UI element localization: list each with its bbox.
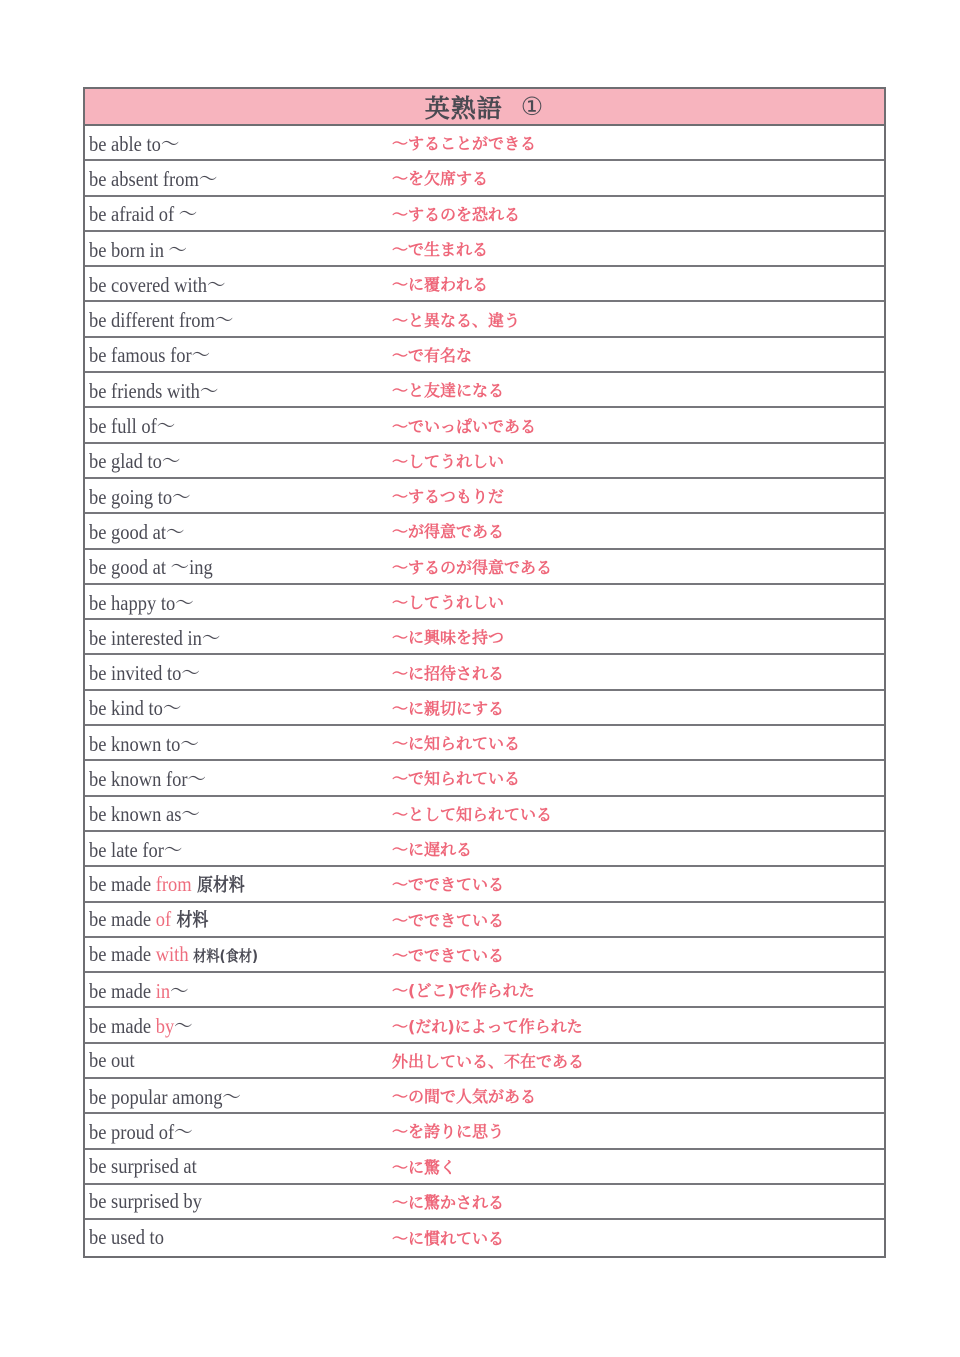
english-phrase: be popular among〜 [89,1081,241,1111]
english-phrase: be late for〜 [89,834,182,864]
phrase-base: be made [89,872,156,896]
preposition-highlight: in [156,979,170,1003]
table-row: be out外出している、不在である [85,1044,884,1079]
table-row: be born in 〜〜で生まれる [85,232,884,267]
english-phrase: be going to〜 [89,481,191,511]
table-row: be good at〜〜が得意である [85,514,884,549]
japanese-meaning: 〜を誇りに思う [392,1119,504,1142]
english-phrase: be different from〜 [89,304,233,334]
japanese-meaning: 〜に興味を持つ [392,625,504,648]
japanese-meaning: 〜(だれ)によって作られた [392,1014,583,1037]
english-phrase: be invited to〜 [89,657,200,687]
japanese-meaning: 〜と異なる、違う [392,308,520,331]
english-phrase: be good at〜 [89,516,184,546]
preposition-highlight: from [156,872,192,896]
table-row: be covered with〜〜に覆われる [85,267,884,302]
table-title: 英熟語 ① [85,89,884,126]
table-row: be full of〜〜でいっぱいである [85,408,884,443]
phrase-base: be made [89,1014,156,1038]
japanese-meaning: 〜の間で人気がある [392,1084,536,1107]
japanese-meaning: 〜に驚く [392,1155,456,1178]
table-row: be glad to〜〜してうれしい [85,444,884,479]
japanese-meaning: 〜してうれしい [392,590,504,613]
english-phrase: be happy to〜 [89,587,194,617]
japanese-meaning: 〜で有名な [392,343,472,366]
table-row: be late for〜〜に遅れる [85,832,884,867]
japanese-meaning: 〜するのを恐れる [392,202,520,225]
japanese-meaning: 〜に親切にする [392,696,504,719]
table-row: be made from 原材料〜でできている [85,867,884,902]
title-text: 英熟語 [425,89,503,125]
table-row: be different from〜〜と異なる、違う [85,302,884,337]
table-row: be kind to〜〜に親切にする [85,691,884,726]
english-phrase: be good at 〜ing [89,551,213,581]
table-row: be known for〜〜で知られている [85,761,884,796]
english-phrase: be surprised at [89,1154,197,1179]
english-phrase: be full of〜 [89,410,175,440]
preposition-highlight: of [156,907,171,931]
table-row: be known as〜〜として知られている [85,797,884,832]
english-phrase: be made from 原材料 [89,871,245,897]
japanese-meaning: 〜でできている [392,908,504,931]
english-phrase: be able to〜 [89,128,179,158]
table-row: be made with 材料(食材)〜でできている [85,938,884,973]
english-phrase: be made in〜 [89,975,189,1005]
phrase-tail: 〜 [174,1014,192,1038]
english-phrase: be born in 〜 [89,234,187,264]
japanese-meaning: 〜するつもりだ [392,484,504,507]
table-row: be absent from〜 〜を欠席する [85,161,884,196]
table-row: be popular among〜〜の間で人気がある [85,1079,884,1114]
japanese-meaning: 〜してうれしい [392,449,504,472]
japanese-meaning: 〜で知られている [392,766,520,789]
table-row: be going to〜〜するつもりだ [85,479,884,514]
table-row: be interested in〜〜に興味を持つ [85,620,884,655]
english-phrase: be made of 材料 [89,906,208,932]
table-row: be famous for〜〜で有名な [85,338,884,373]
table-row: be used to〜に慣れている [85,1220,884,1255]
japanese-meaning: 〜でいっぱいである [392,414,536,437]
english-phrase: be known as〜 [89,798,200,828]
english-phrase: be surprised by [89,1189,202,1214]
english-phrase: be kind to〜 [89,692,181,722]
english-phrase: be covered with〜 [89,269,226,299]
japanese-meaning: 〜を欠席する [392,166,488,189]
phrase-base: be made [89,907,156,931]
japanese-meaning: 〜(どこ)で作られた [392,978,535,1001]
idiom-table: 英熟語 ① be able to〜〜することができる be absent fro… [83,87,886,1258]
table-row: be afraid of 〜〜するのを恐れる [85,197,884,232]
title-number: ① [521,92,544,121]
english-phrase: be friends with〜 [89,375,218,405]
japanese-meaning: 〜で生まれる [392,237,488,260]
japanese-meaning: 〜でできている [392,872,504,895]
japanese-meaning: 〜でできている [392,943,504,966]
preposition-highlight: with [156,942,189,966]
japanese-meaning: 〜と友達になる [392,378,504,401]
japanese-meaning: 〜に遅れる [392,837,472,860]
english-phrase: be out [89,1048,135,1073]
japanese-meaning: 〜に知られている [392,731,520,754]
english-phrase: be absent from〜 [89,163,217,193]
japanese-meaning: 〜することができる [392,131,536,154]
english-phrase: be known for〜 [89,763,206,793]
japanese-meaning: 〜に招待される [392,661,504,684]
phrase-tail: 〜 [170,979,188,1003]
phrase-note: 原材料 [192,875,245,896]
japanese-meaning: 〜として知られている [392,802,552,825]
japanese-meaning: 外出している、不在である [392,1049,584,1072]
table-row: be happy to〜〜してうれしい [85,585,884,620]
table-row: be invited to〜〜に招待される [85,655,884,690]
phrase-note: 材料(食材) [189,947,258,965]
japanese-meaning: 〜するのが得意である [392,555,552,578]
phrase-base: be made [89,979,156,1003]
preposition-highlight: by [156,1014,174,1038]
english-phrase: be glad to〜 [89,445,180,475]
english-phrase: be interested in〜 [89,622,220,652]
japanese-meaning: 〜に慣れている [392,1226,504,1249]
table-row: be made in〜〜(どこ)で作られた [85,973,884,1008]
table-row: be proud of〜〜を誇りに思う [85,1114,884,1149]
english-phrase: be made by〜 [89,1010,193,1040]
english-phrase: be proud of〜 [89,1116,193,1146]
table-row: be able to〜〜することができる [85,126,884,161]
table-row: be made of 材料〜でできている [85,903,884,938]
japanese-meaning: 〜が得意である [392,519,504,542]
english-phrase: be known to〜 [89,728,199,758]
english-phrase: be made with 材料(食材) [89,942,258,967]
table-row: be good at 〜ing〜するのが得意である [85,550,884,585]
japanese-meaning: 〜に驚かされる [392,1190,504,1213]
table-row: be surprised by〜に驚かされる [85,1185,884,1220]
english-phrase: be famous for〜 [89,339,210,369]
table-row: be surprised at〜に驚く [85,1150,884,1185]
english-phrase: be used to [89,1225,164,1250]
japanese-meaning: 〜に覆われる [392,272,488,295]
table-row: be friends with〜〜と友達になる [85,373,884,408]
phrase-base: be made [89,942,156,966]
english-phrase: be afraid of 〜 [89,198,197,228]
phrase-note: 材料 [171,910,208,931]
table-row: be made by〜〜(だれ)によって作られた [85,1008,884,1043]
table-row: be known to〜〜に知られている [85,726,884,761]
